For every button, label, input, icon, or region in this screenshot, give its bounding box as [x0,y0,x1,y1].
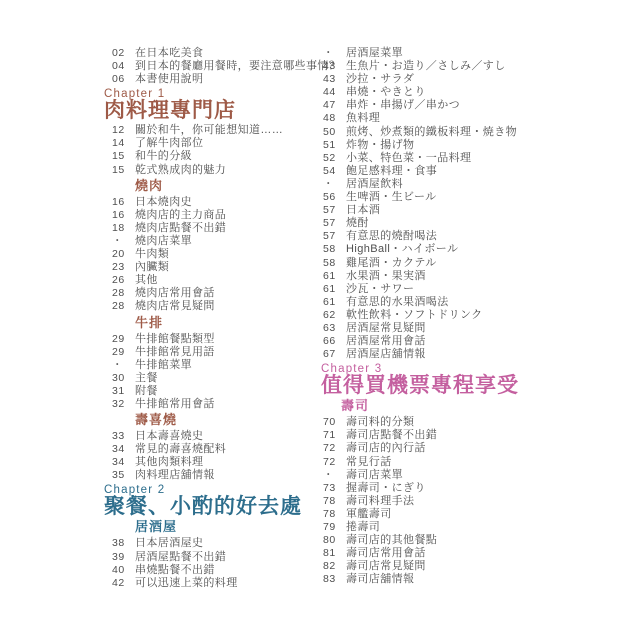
toc-item-label: 可以迅速上菜的料理 [135,577,238,590]
chapter-heading: Chapter 3值得買機票專程享受 [321,364,561,397]
toc-item: ・燒肉店菜單 [104,235,322,248]
toc-item-page-number: 42 [112,577,128,590]
toc-item-page-number: 16 [112,196,128,209]
toc-item: 32牛排館常用會話 [104,398,322,411]
toc-item-label: HighBall・ハイボール [346,243,458,256]
toc-item-label: 魚料理 [346,112,380,125]
toc-item-label: 內臟類 [135,261,169,274]
toc-item-page-number: 15 [112,164,128,177]
toc-item: 43生魚片・お造り／さしみ／すし [321,60,561,73]
toc-item-label: 串燒點餐不出錯 [135,564,215,577]
toc-item-page-number: 31 [112,385,128,398]
toc-item-page-number: 14 [112,137,128,150]
toc-item: 81壽司店常用會話 [321,547,561,560]
toc-item-label: 燒肉店菜單 [135,235,192,248]
toc-item: 48魚料理 [321,112,561,125]
toc-item-bullet: ・ [323,469,339,482]
chapter-heading: Chapter 1肉料理專門店 [104,89,322,122]
toc-left-column: 02在日本吃美食04到日本的餐廳用餐時，要注意哪些事情？06本書使用說明Chap… [104,47,322,590]
toc-item: 14了解牛肉部位 [104,137,322,150]
toc-item-label: 本書使用說明 [135,73,203,86]
toc-item-page-number: 51 [323,139,339,152]
toc-item-label: 到日本的餐廳用餐時，要注意哪些事情？ [135,60,340,73]
toc-item-page-number: 52 [323,152,339,165]
toc-item: 42可以迅速上菜的料理 [104,577,322,590]
toc-item: ・壽司店菜單 [321,469,561,482]
toc-item-label: 壽司店常見疑問 [346,560,426,573]
toc-item-page-number: 61 [323,296,339,309]
toc-item-page-number: 83 [323,573,339,586]
toc-item: 18燒肉店點餐不出錯 [104,222,322,235]
toc-item: 72壽司店的內行話 [321,442,561,455]
toc-item-label: 壽司店點餐不出錯 [346,429,437,442]
toc-item-page-number: 20 [112,248,128,261]
toc-item: 26其他 [104,274,322,287]
toc-item: 70壽司料的分類 [321,416,561,429]
toc-item-label: 燒肉店常見疑問 [135,300,215,313]
toc-item: 61沙瓦・サワー [321,283,561,296]
toc-item: 29牛排館常見用語 [104,346,322,359]
toc-item-page-number: 50 [323,126,339,139]
toc-item-page-number: 29 [112,333,128,346]
toc-item-page-number: 57 [323,204,339,217]
toc-item-label: 在日本吃美食 [135,47,203,60]
toc-item: 61有意思的水果酒喝法 [321,296,561,309]
toc-item: 73握壽司・にぎり [321,482,561,495]
toc-item-page-number: 34 [112,456,128,469]
toc-item: 78壽司料理手法 [321,495,561,508]
toc-item-page-number: 04 [112,60,128,73]
toc-item-page-number: 38 [112,537,128,550]
toc-item: 12關於和牛，你可能想知道…… [104,124,322,137]
toc-item-page-number: 72 [323,442,339,455]
toc-item-label: 壽司店菜單 [346,469,403,482]
toc-item: 34常見的壽喜燒配料 [104,443,322,456]
toc-item: 47串炸・串揚げ／串かつ [321,99,561,112]
toc-item-page-number: 43 [323,73,339,86]
toc-item-page-number: 34 [112,443,128,456]
toc-item-label: 生魚片・お造り／さしみ／すし [346,60,506,73]
toc-item-label: 燒肉店的主力商品 [135,209,226,222]
toc-item-label: 沙拉・サラダ [346,73,414,86]
toc-item-label: 雞尾酒・カクテル [346,257,437,270]
toc-item-label: 附餐 [135,385,158,398]
toc-item-label: 常見的壽喜燒配料 [135,443,226,456]
toc-item-bullet: ・ [323,47,339,60]
toc-item-label: 軍艦壽司 [346,508,392,521]
toc-item-label: 主餐 [135,372,158,385]
toc-item: 39居酒屋點餐不出錯 [104,551,322,564]
toc-item-label: 常見行話 [346,456,392,469]
chapter-title: 值得買機票專程享受 [321,375,561,397]
toc-item: 40串燒點餐不出錯 [104,564,322,577]
toc-item-bullet: ・ [112,359,128,372]
toc-item-page-number: 57 [323,230,339,243]
toc-item-label: 軟性飲料・ソフトドリンク [346,309,483,322]
toc-item: ・居酒屋飲料 [321,178,561,191]
toc-item-page-number: 78 [323,508,339,521]
toc-item-page-number: 43 [323,60,339,73]
toc-item-page-number: 73 [323,482,339,495]
toc-item-label: 壽司店常用會話 [346,547,426,560]
toc-item-page-number: 12 [112,124,128,137]
toc-item-page-number: 39 [112,551,128,564]
toc-item: 82壽司店常見疑問 [321,560,561,573]
toc-item-label: 壽司料的分類 [346,416,414,429]
toc-item-page-number: 58 [323,257,339,270]
toc-item-page-number: 82 [323,560,339,573]
toc-item: 16燒肉店的主力商品 [104,209,322,222]
section-subheading: 壽喜燒 [135,413,322,427]
toc-item: 29牛排館餐點類型 [104,333,322,346]
toc-item-label: 肉料理店舖情報 [135,469,215,482]
toc-item-label: 和牛的分級 [135,150,192,163]
toc-item: 15和牛的分級 [104,150,322,163]
toc-item-label: 牛排館常用會話 [135,398,215,411]
toc-item-page-number: 40 [112,564,128,577]
toc-item: 06本書使用說明 [104,73,322,86]
toc-item-page-number: 58 [323,243,339,256]
toc-item-page-number: 66 [323,335,339,348]
toc-item-page-number: 67 [323,348,339,361]
toc-item-label: 居酒屋點餐不出錯 [135,551,226,564]
toc-item: 02在日本吃美食 [104,47,322,60]
toc-item-label: 炸物・揚げ物 [346,139,414,152]
toc-item-page-number: 33 [112,430,128,443]
toc-item-label: 燒肉店點餐不出錯 [135,222,226,235]
toc-item-page-number: 61 [323,270,339,283]
toc-item-page-number: 71 [323,429,339,442]
toc-item-bullet: ・ [323,178,339,191]
toc-item-page-number: 23 [112,261,128,274]
toc-item-label: 沙瓦・サワー [346,283,414,296]
chapter-heading: Chapter 2聚餐、小酌的好去處 [104,485,322,518]
toc-item-page-number: 32 [112,398,128,411]
toc-item-label: 關於和牛，你可能想知道…… [135,124,283,137]
toc-item-page-number: 28 [112,300,128,313]
toc-item: 54飽足感料理・食事 [321,165,561,178]
toc-item: 79捲壽司 [321,521,561,534]
toc-item-label: 日本燒肉史 [135,196,192,209]
toc-item-page-number: 61 [323,283,339,296]
toc-item-label: 了解牛肉部位 [135,137,203,150]
toc-item-label: 居酒屋菜單 [346,47,403,60]
toc-item-page-number: 18 [112,222,128,235]
toc-item: 43沙拉・サラダ [321,73,561,86]
toc-item-label: 壽司店的其他餐點 [346,534,437,547]
toc-item: 56生啤酒・生ビール [321,191,561,204]
toc-item-page-number: 16 [112,209,128,222]
toc-item-label: 生啤酒・生ビール [346,191,437,204]
toc-item-label: 居酒屋常用會話 [346,335,426,348]
toc-item: 67居酒屋店舖情報 [321,348,561,361]
toc-item-page-number: 44 [323,86,339,99]
toc-item: 62軟性飲料・ソフトドリンク [321,309,561,322]
toc-item-page-number: 63 [323,322,339,335]
toc-item-label: 煎烤、炒煮類的鐵板料理・焼き物 [346,126,517,139]
toc-item-label: 牛排館菜單 [135,359,192,372]
toc-item: 83壽司店舖情報 [321,573,561,586]
toc-item: 28燒肉店常用會話 [104,287,322,300]
toc-item: 78軍艦壽司 [321,508,561,521]
toc-item-label: 壽司店舖情報 [346,573,414,586]
toc-item-label: 牛排館餐點類型 [135,333,215,346]
toc-item-page-number: 30 [112,372,128,385]
toc-page: 02在日本吃美食04到日本的餐廳用餐時，要注意哪些事情？06本書使用說明Chap… [0,0,640,640]
section-subheading: 牛排 [135,316,322,330]
toc-item-label: 水果酒・果実酒 [346,270,426,283]
toc-item: 66居酒屋常用會話 [321,335,561,348]
toc-item-page-number: 48 [323,112,339,125]
toc-right-column: ・居酒屋菜單43生魚片・お造り／さしみ／すし43沙拉・サラダ44串燒・やきとり4… [321,47,561,586]
toc-item-label: 有意思的燒酎喝法 [346,230,437,243]
toc-item: ・牛排館菜單 [104,359,322,372]
toc-item-label: 居酒屋飲料 [346,178,403,191]
toc-item: 57有意思的燒酎喝法 [321,230,561,243]
toc-item-label: 小菜、特色菜・一品料理 [346,152,471,165]
toc-item: 28燒肉店常見疑問 [104,300,322,313]
toc-item: 80壽司店的其他餐點 [321,534,561,547]
toc-item-label: 日本居酒屋史 [135,537,203,550]
toc-item: 57燒酎 [321,217,561,230]
toc-item-page-number: 02 [112,47,128,60]
toc-item-label: 其他 [135,274,158,287]
toc-item: 72常見行話 [321,456,561,469]
toc-item: 35肉料理店舖情報 [104,469,322,482]
toc-item-label: 串炸・串揚げ／串かつ [346,99,460,112]
toc-item-label: 乾式熟成肉的魅力 [135,164,226,177]
toc-item: 58雞尾酒・カクテル [321,257,561,270]
chapter-title: 聚餐、小酌的好去處 [104,496,322,518]
toc-item-page-number: 15 [112,150,128,163]
section-subheading: 壽司 [341,399,561,413]
toc-item: 57日本酒 [321,204,561,217]
toc-item-page-number: 72 [323,456,339,469]
toc-item-page-number: 47 [323,99,339,112]
toc-item: 61水果酒・果実酒 [321,270,561,283]
toc-item-page-number: 29 [112,346,128,359]
toc-item-label: 有意思的水果酒喝法 [346,296,449,309]
toc-item-label: 飽足感料理・食事 [346,165,437,178]
toc-item-label: 串燒・やきとり [346,86,426,99]
toc-item: 44串燒・やきとり [321,86,561,99]
toc-item: 51炸物・揚げ物 [321,139,561,152]
toc-item: 20牛肉類 [104,248,322,261]
toc-item: 38日本居酒屋史 [104,537,322,550]
chapter-title: 肉料理專門店 [104,100,322,122]
toc-item: 04到日本的餐廳用餐時，要注意哪些事情？ [104,60,322,73]
toc-item-label: 壽司料理手法 [346,495,414,508]
toc-item-page-number: 80 [323,534,339,547]
toc-item: 34其他肉類料理 [104,456,322,469]
toc-item: 63居酒屋常見疑問 [321,322,561,335]
toc-item: 31附餐 [104,385,322,398]
toc-item-page-number: 28 [112,287,128,300]
toc-item-page-number: 78 [323,495,339,508]
toc-item-label: 握壽司・にぎり [346,482,426,495]
toc-item-page-number: 54 [323,165,339,178]
toc-item-label: 壽司店的內行話 [346,442,426,455]
toc-item: 33日本壽喜燒史 [104,430,322,443]
toc-item-page-number: 56 [323,191,339,204]
toc-item: 50煎烤、炒煮類的鐵板料理・焼き物 [321,126,561,139]
toc-item-label: 居酒屋店舖情報 [346,348,426,361]
toc-item: 15乾式熟成肉的魅力 [104,164,322,177]
toc-item: ・居酒屋菜單 [321,47,561,60]
toc-item-page-number: 62 [323,309,339,322]
toc-item-bullet: ・ [112,235,128,248]
toc-item-page-number: 70 [323,416,339,429]
toc-item: 71壽司店點餐不出錯 [321,429,561,442]
toc-item-label: 捲壽司 [346,521,380,534]
toc-item-page-number: 35 [112,469,128,482]
toc-item-page-number: 79 [323,521,339,534]
toc-item-label: 日本酒 [346,204,380,217]
toc-item: 16日本燒肉史 [104,196,322,209]
section-subheading: 燒肉 [135,179,322,193]
toc-item-label: 燒酎 [346,217,369,230]
toc-item-label: 燒肉店常用會話 [135,287,215,300]
toc-item: 52小菜、特色菜・一品料理 [321,152,561,165]
section-subheading: 居酒屋 [135,520,322,534]
toc-item-label: 牛肉類 [135,248,169,261]
toc-item: 23內臟類 [104,261,322,274]
toc-item-page-number: 06 [112,73,128,86]
toc-item-label: 其他肉類料理 [135,456,203,469]
toc-item-page-number: 26 [112,274,128,287]
toc-item: 30主餐 [104,372,322,385]
toc-item-page-number: 57 [323,217,339,230]
toc-item-label: 牛排館常見用語 [135,346,215,359]
toc-item-label: 日本壽喜燒史 [135,430,203,443]
toc-item-page-number: 81 [323,547,339,560]
toc-item-label: 居酒屋常見疑問 [346,322,426,335]
toc-item: 58HighBall・ハイボール [321,243,561,256]
